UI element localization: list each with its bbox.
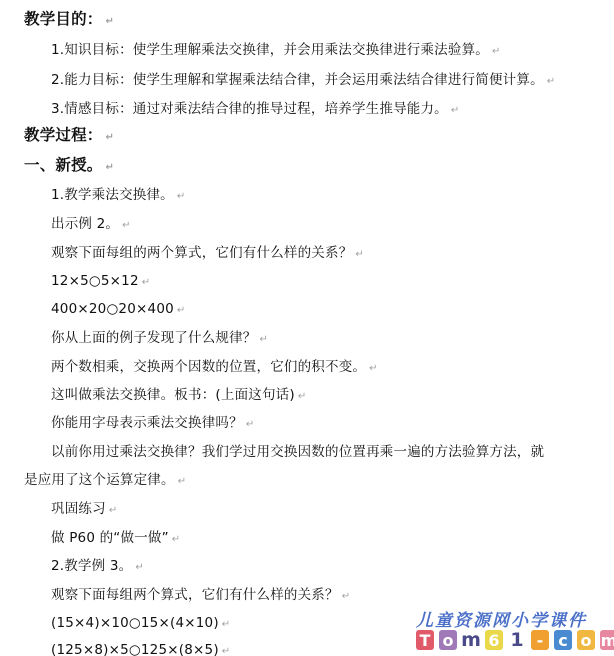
paragraph-line: 你从上面的例子发现了什么规律？↵: [51, 329, 268, 349]
paragraph-mark-icon: ↵: [355, 249, 364, 260]
paragraph-line: 2.教学例 3。↵: [51, 557, 144, 577]
line-text: 2.教学例 3。: [51, 558, 132, 574]
logo-tile: o: [439, 630, 457, 650]
logo-tile: c: [554, 630, 572, 650]
line-text: 2.能力目标：使学生理解和掌握乘法结合律，并会运用乘法结合律进行简便计算。: [51, 72, 544, 88]
paragraph-line: 你能用字母表示乘法交换律吗？↵: [51, 414, 254, 434]
paragraph-line: 这叫做乘法交换律。板书：(上面这句话)↵: [51, 386, 306, 406]
logo-tile: o: [577, 630, 595, 650]
watermark-logo: 儿童资源网小学课件 Tom61-com: [416, 606, 614, 656]
logo-tile: m: [462, 630, 480, 650]
paragraph-line: 观察下面每组两个算式，它们有什么样的关系？↵: [51, 586, 350, 606]
logo-tile: T: [416, 630, 434, 650]
line-text: 3.情感目标：通过对乘法结合律的推导过程，培养学生推导能力。: [51, 101, 448, 117]
line-text: 巩固练习: [51, 501, 106, 517]
paragraph-mark-icon: ↵: [342, 591, 351, 602]
paragraph-mark-icon: ↵: [109, 505, 118, 516]
paragraph-mark-icon: ↵: [106, 162, 115, 173]
line-text: 12×5○5×12: [51, 273, 139, 289]
section-heading: 教学目的：↵: [24, 10, 114, 31]
section-heading: 教学过程：↵: [24, 126, 114, 147]
line-text: 出示例 2。: [51, 216, 119, 232]
paragraph-mark-icon: ↵: [369, 363, 378, 374]
paragraph-mark-icon: ↵: [135, 562, 144, 573]
line-text: 这叫做乘法交换律。板书：(上面这句话): [51, 387, 295, 403]
section-heading: 一、新授。↵: [24, 156, 114, 177]
paragraph-mark-icon: ↵: [222, 646, 231, 656]
paragraph-mark-icon: ↵: [177, 305, 186, 316]
line-text: 教学过程：: [24, 126, 103, 144]
line-text: 是应用了这个运算定律。: [24, 472, 175, 488]
line-text: 教学目的：: [24, 10, 103, 28]
line-text: 观察下面每组的两个算式，它们有什么样的关系？: [51, 245, 352, 261]
paragraph-mark-icon: ↵: [222, 619, 231, 630]
logo-tile: -: [531, 630, 549, 650]
line-text: 1.知识目标：使学生理解乘法交换律，并会用乘法交换律进行乘法验算。: [51, 42, 489, 58]
line-text: 一、新授。: [24, 156, 103, 174]
paragraph-mark-icon: ↵: [142, 277, 151, 288]
line-text: 1.教学乘法交换律。: [51, 187, 174, 203]
paragraph-line: 出示例 2。↵: [51, 215, 131, 235]
paragraph-mark-icon: ↵: [178, 476, 187, 487]
watermark-tiles: Tom61-com: [416, 630, 614, 650]
paragraph-line: 12×5○5×12↵: [51, 272, 150, 292]
line-text: (15×4)×10○15×(4×10): [51, 615, 219, 631]
paragraph-mark-icon: ↵: [122, 220, 131, 231]
line-text: 两个数相乘，交换两个因数的位置，它们的积不变。: [51, 359, 366, 375]
line-text: 你从上面的例子发现了什么规律？: [51, 330, 257, 346]
line-text: 以前你用过乘法交换律？我们学过用交换因数的位置再乘一遍的方法验算方法，就: [51, 444, 544, 460]
paragraph-line: 以前你用过乘法交换律？我们学过用交换因数的位置再乘一遍的方法验算方法，就: [51, 443, 544, 461]
paragraph-mark-icon: ↵: [492, 46, 501, 57]
paragraph-mark-icon: ↵: [260, 334, 269, 345]
logo-tile: m: [600, 630, 614, 650]
paragraph-line: 两个数相乘，交换两个因数的位置，它们的积不变。↵: [51, 358, 378, 378]
paragraph-line: 巩固练习↵: [51, 500, 117, 520]
paragraph-line: 1.教学乘法交换律。↵: [51, 186, 185, 206]
paragraph-line: 观察下面每组的两个算式，它们有什么样的关系？↵: [51, 244, 364, 264]
logo-tile: 6: [485, 630, 503, 650]
line-text: 观察下面每组两个算式，它们有什么样的关系？: [51, 587, 339, 603]
line-text: (125×8)×5○125×(8×5): [51, 642, 219, 656]
paragraph-mark-icon: ↵: [547, 76, 556, 87]
paragraph-line: 是应用了这个运算定律。↵: [24, 471, 186, 491]
paragraph-line: 1.知识目标：使学生理解乘法交换律，并会用乘法交换律进行乘法验算。↵: [51, 41, 501, 61]
paragraph-mark-icon: ↵: [106, 16, 115, 27]
watermark-title: 儿童资源网小学课件: [416, 606, 587, 631]
paragraph-mark-icon: ↵: [106, 132, 115, 143]
paragraph-mark-icon: ↵: [451, 105, 460, 116]
paragraph-mark-icon: ↵: [177, 191, 186, 202]
paragraph-mark-icon: ↵: [298, 391, 307, 402]
paragraph-mark-icon: ↵: [172, 534, 181, 545]
line-text: 400×20○20×400: [51, 301, 174, 317]
line-text: 你能用字母表示乘法交换律吗？: [51, 415, 243, 431]
line-text: 做 P60 的“做一做”: [51, 530, 169, 546]
paragraph-line: 400×20○20×400↵: [51, 300, 186, 320]
paragraph-line: 2.能力目标：使学生理解和掌握乘法结合律，并会运用乘法结合律进行简便计算。↵: [51, 71, 555, 91]
logo-tile: 1: [508, 630, 526, 650]
paragraph-mark-icon: ↵: [246, 419, 255, 430]
paragraph-line: (15×4)×10○15×(4×10)↵: [51, 614, 230, 634]
paragraph-line: 做 P60 的“做一做”↵: [51, 529, 180, 549]
paragraph-line: (125×8)×5○125×(8×5)↵: [51, 641, 230, 656]
paragraph-line: 3.情感目标：通过对乘法结合律的推导过程，培养学生推导能力。↵: [51, 100, 459, 120]
